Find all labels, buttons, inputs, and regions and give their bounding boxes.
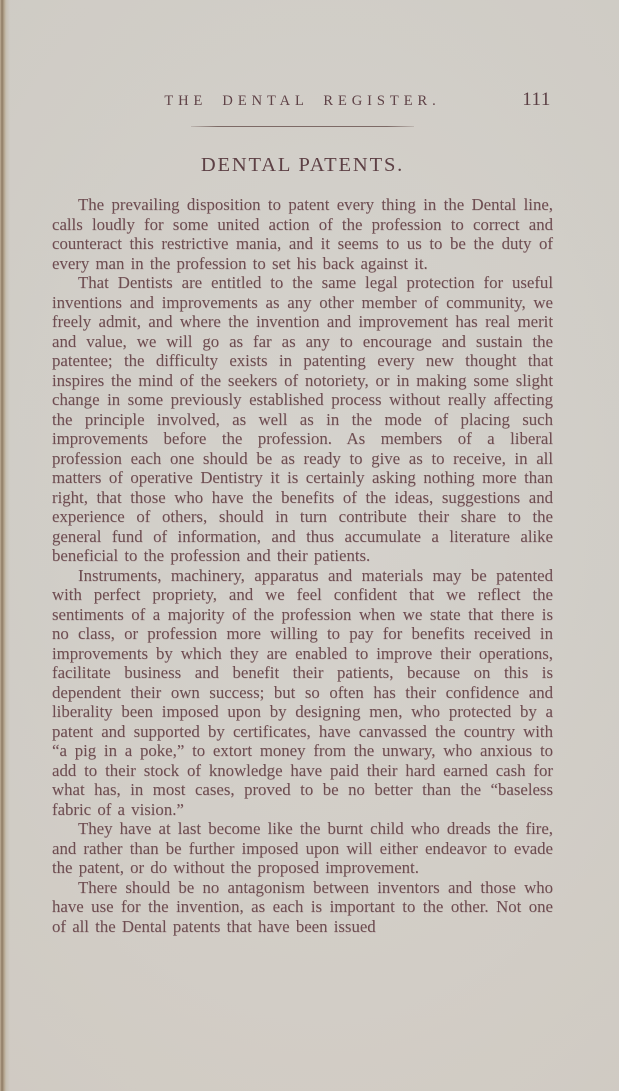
scanned-page: THE DENTAL REGISTER. 111 DENTAL PATENTS.…: [0, 0, 619, 1091]
paragraph: They have at last become like the burnt …: [52, 819, 553, 878]
article-body: The prevailing disposition to patent eve…: [52, 195, 553, 936]
paragraph: There should be no antagonism between in…: [52, 878, 553, 937]
journal-title: THE DENTAL REGISTER.: [164, 93, 440, 109]
header-rule: [191, 126, 414, 127]
paragraph: The prevailing disposition to patent eve…: [52, 195, 553, 273]
running-header: THE DENTAL REGISTER. 111: [52, 93, 553, 111]
paragraph: That Dentists are entitled to the same l…: [52, 273, 553, 566]
page-content: THE DENTAL REGISTER. 111 DENTAL PATENTS.…: [0, 0, 619, 936]
paragraph: Instruments, machinery, apparatus and ma…: [52, 566, 553, 820]
article-title: DENTAL PATENTS.: [52, 154, 553, 177]
page-number: 111: [522, 89, 551, 111]
